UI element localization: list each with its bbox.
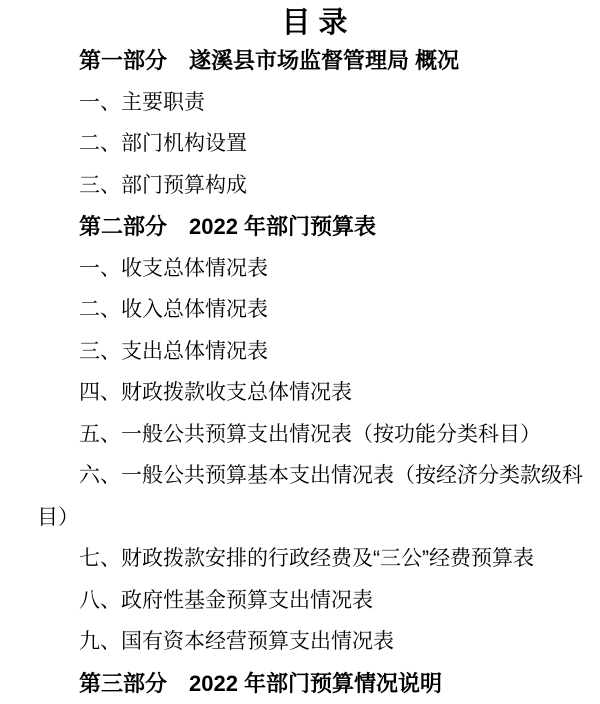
toc-item-expense-overview: 三、支出总体情况表 <box>37 331 592 373</box>
toc-item-state-capital-expense: 九、国有资本经营预算支出情况表 <box>37 621 592 663</box>
toc-page: 目 录 第一部分 遂溪县市场监督管理局 概况 一、主要职责 二、部门机构设置 三… <box>0 0 600 704</box>
toc-item-main-duties: 一、主要职责 <box>37 82 592 124</box>
toc-section-part2: 第二部分 2022 年部门预算表 <box>37 206 592 248</box>
toc-section-part1: 第一部分 遂溪县市场监督管理局 概况 <box>37 40 592 82</box>
toc-item-admin-three-public-funds: 七、财政拨款安排的行政经费及“三公”经费预算表 <box>37 538 592 580</box>
toc-item-org-structure: 二、部门机构设置 <box>37 123 592 165</box>
toc-item-public-budget-expense: 五、一般公共预算支出情况表（按功能分类科目） <box>37 414 592 456</box>
page-title: 目 录 <box>37 6 592 40</box>
toc-section-part3: 第三部分 2022 年部门预算情况说明 <box>37 663 592 704</box>
toc-item-fiscal-appropriation-overview: 四、财政拨款收支总体情况表 <box>37 372 592 414</box>
toc-item-budget-composition: 三、部门预算构成 <box>37 165 592 207</box>
toc-item-government-fund-expense: 八、政府性基金预算支出情况表 <box>37 580 592 622</box>
toc-item-income-overview: 二、收入总体情况表 <box>37 289 592 331</box>
toc-item-income-expense-overview: 一、收支总体情况表 <box>37 248 592 290</box>
toc-item-public-budget-basic-expense: 六、一般公共预算基本支出情况表（按经济分类款级科目） <box>37 455 592 538</box>
